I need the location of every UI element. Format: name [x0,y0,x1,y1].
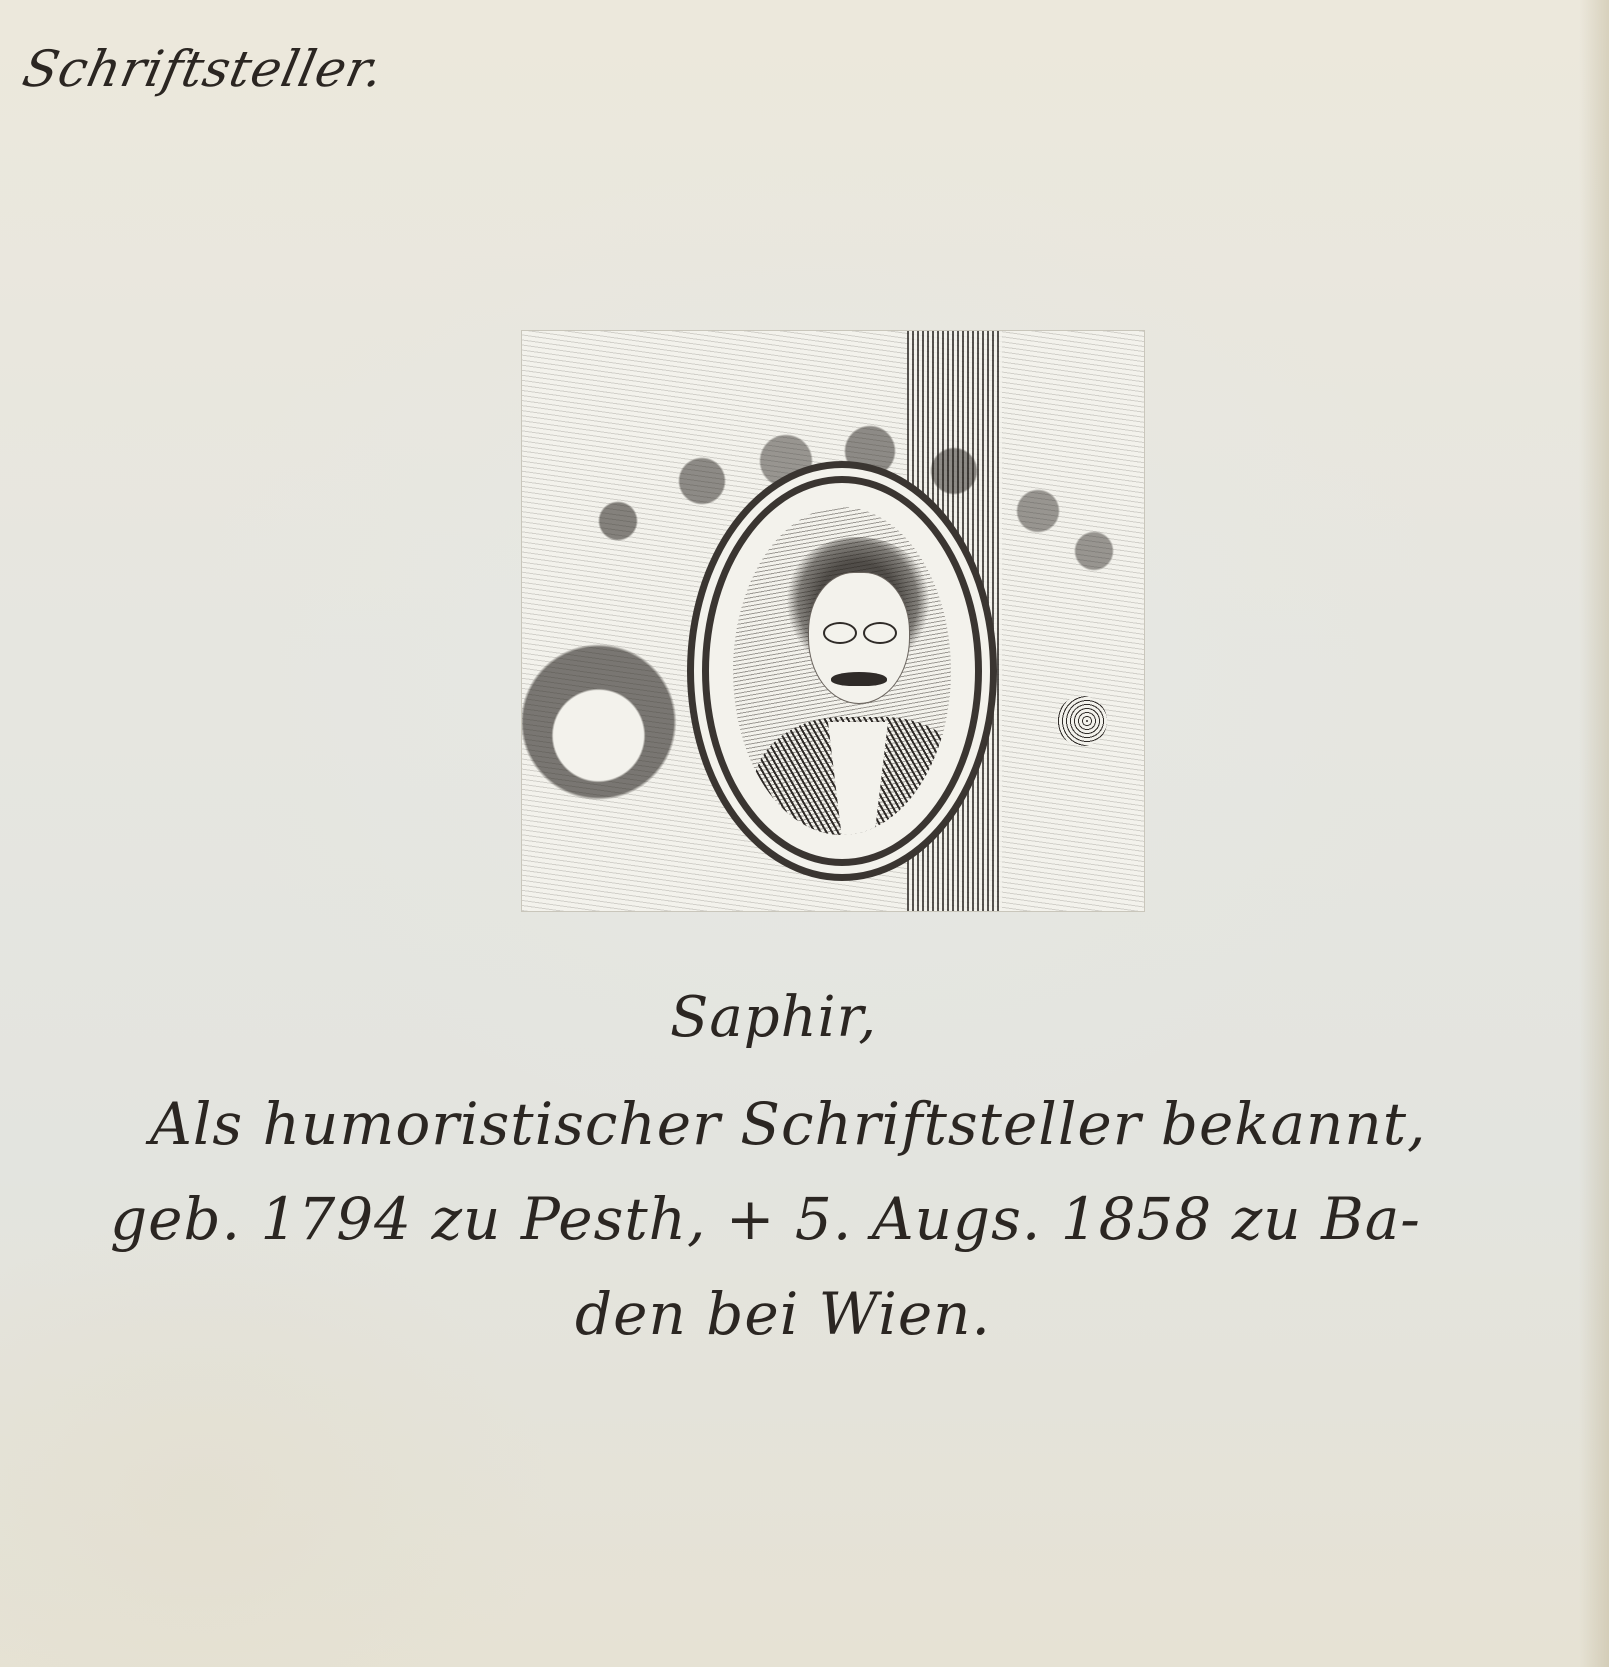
album-page: Schriftsteller. Saphir, Als humoristisch… [0,0,1609,1667]
orb-ornament [1057,696,1107,746]
portrait [733,507,951,835]
category-heading: Schriftsteller. [18,40,390,98]
bio-line-2: geb. 1794 zu Pesth, + 5. Augs. 1858 zu B… [110,1185,1421,1253]
subject-name: Saphir, [670,985,877,1050]
spectacles-icon [815,622,905,642]
portrait-engraving [521,330,1145,912]
oval-frame [687,461,997,881]
bio-line-1: Als humoristischer Schriftsteller bekann… [150,1090,1426,1158]
cherub-figure [522,641,692,911]
moustache [831,672,887,686]
bio-line-3: den bei Wien. [575,1280,991,1348]
